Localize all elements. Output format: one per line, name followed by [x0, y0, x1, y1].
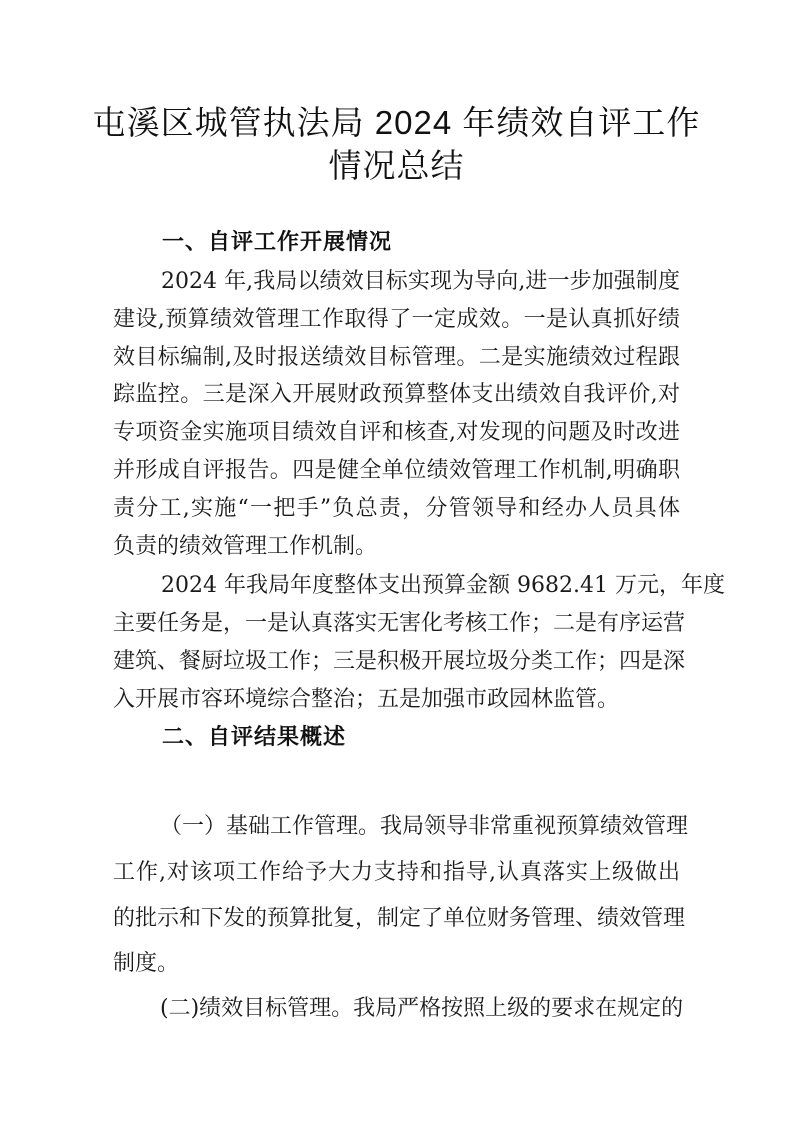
document-title-line-1: 屯溪区城管执法局 2024 年绩效自评工作 — [0, 97, 793, 144]
paragraph-line: 主要任务是，一是认真落实无害化考核工作；二是有序运营 — [113, 609, 680, 639]
paragraph-line: （一）基础工作管理。我局领导非常重视预算绩效管理 — [160, 812, 680, 842]
document-title-line-2: 情况总结 — [0, 140, 793, 187]
paragraph-line: 2024 年,我局以绩效目标实现为导向,进一步加强制度 — [161, 267, 680, 297]
paragraph-line: (二)绩效目标管理。我局严格按照上级的要求在规定的 — [160, 994, 680, 1024]
paragraph-line: 并形成自评报告。四是健全单位绩效管理工作机制,明确职 — [113, 456, 680, 486]
paragraph-line: 责分工,实施“一把手”负总责，分管领导和经办人员具体 — [113, 494, 680, 524]
paragraph-line: 入开展市容环境综合整治；五是加强市政园林监管。 — [113, 685, 680, 715]
paragraph-line: 2024 年我局年度整体支出预算金额 9682.41 万元，年度 — [161, 571, 680, 601]
paragraph-line: 的批示和下发的预算批复，制定了单位财务管理、绩效管理 — [113, 904, 680, 934]
paragraph-line: 建筑、餐厨垃圾工作；三是积极开展垃圾分类工作；四是深 — [113, 647, 680, 677]
paragraph-line: 踪监控。三是深入开展财政预算整体支出绩效自我评价,对 — [113, 380, 680, 410]
paragraph-line: 效目标编制,及时报送绩效目标管理。二是实施绩效过程跟 — [113, 343, 680, 373]
section-2-heading: 二、自评结果概述 — [162, 723, 346, 753]
paragraph-line: 建设,预算绩效管理工作取得了一定成效。一是认真抓好绩 — [113, 305, 680, 335]
paragraph-line: 制度。 — [113, 949, 680, 979]
paragraph-line: 工作,对该项工作给予大力支持和指导,认真落实上级做出 — [113, 858, 680, 888]
section-1-heading: 一、自评工作开展情况 — [162, 228, 392, 258]
document-page: 屯溪区城管执法局 2024 年绩效自评工作 情况总结 一、自评工作开展情况 20… — [0, 0, 793, 1122]
paragraph-line: 负责的绩效管理工作机制。 — [113, 532, 680, 562]
paragraph-line: 专项资金实施项目绩效自评和核查,对发现的问题及时改进 — [113, 418, 680, 448]
